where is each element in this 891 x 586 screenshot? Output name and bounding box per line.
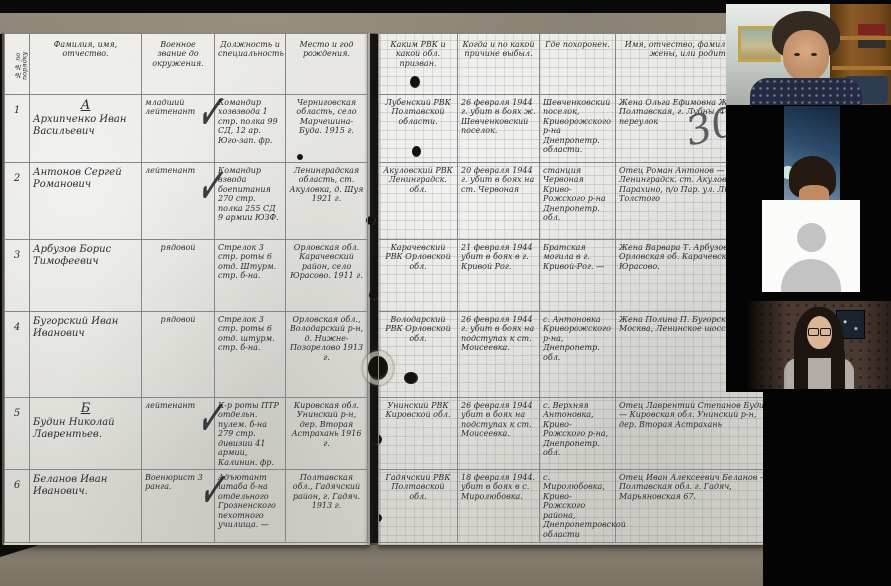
burial-cell: Братская могила в г. Кривой-Рог. — [540, 240, 616, 312]
name-cell: А Архипченко Иван Васильевич [30, 95, 142, 163]
fate-cell: 18 февраля 1944. убит в боях в с. Миролю… [458, 470, 540, 543]
row-num: 2 [4, 163, 30, 240]
rvk-cell: Володарский РВК Орловской обл. [378, 312, 458, 398]
participant-video-4[interactable] [748, 301, 891, 389]
burial-cell: с. Верхняя Антоновка, Криво-Рожского р-н… [540, 398, 616, 470]
soldier-name: Будин Николай Лаврентьев. [33, 417, 138, 441]
row-num: 4 [4, 312, 30, 398]
book-spine [858, 24, 886, 35]
participant-eye [811, 53, 817, 56]
fate-cell: 26 февраля 1944 г. убит в боях ж. Шевчен… [458, 95, 540, 163]
participants-panel-lower [763, 392, 891, 586]
position-cell: Стрелок 3 стр. роты 6 отд. Штурм. стр. б… [215, 240, 286, 312]
name-cell: Арбузов Борис Тимофеевич [30, 240, 142, 312]
burial-cell: с. Антоновка Криворожского р-на, Днепроп… [540, 312, 616, 398]
letter-header: Б [33, 401, 138, 416]
rank-cell: рядовой [142, 312, 215, 398]
rvk-cell: Лубенский РВК Полтавской области. [378, 95, 458, 163]
soldier-name: Бугорский Иван Иванович [33, 316, 138, 340]
fate-cell: 21 февраля 1944 убит в боях в г. Кривой … [458, 240, 540, 312]
fate-cell: 26 февраля 1944 г. убит в боях на подсту… [458, 312, 540, 398]
rvk-cell: Унинский РВК Кировской обл. [378, 398, 458, 470]
soldier-name: Арбузов Борис Тимофеевич [33, 244, 138, 268]
birth-cell: Орловская обл., Володарский р-н, д. Нижн… [286, 312, 368, 398]
col-header-birth: Место и год рождения. [286, 33, 368, 95]
family-cell: Отец Иван Алексеевич Беланов — Полтавска… [616, 470, 780, 543]
row-num: 1 [4, 95, 30, 163]
soldier-name: Беланов Иван Иванович. [33, 474, 138, 498]
participant-shirt [750, 78, 862, 105]
soldier-name: Архипченко Иван Васильевич [33, 114, 138, 138]
rvk-cell: Гадячский РВК Полтавской обл. [378, 470, 458, 543]
name-cell: Антонов Сергей Романович [30, 163, 142, 240]
row-num: 6 [4, 470, 30, 543]
participant-video-2[interactable] [784, 106, 840, 201]
burial-cell: с. Миролюбовка, Криво-Рожского района, Д… [540, 470, 616, 543]
rvk-cell: Акуловский РВК Ленинградск. обл. [378, 163, 458, 240]
letter-header: А [33, 98, 138, 113]
position-cell: Стрелок 3 стр. роты 6 отд. штурм. стр. б… [215, 312, 286, 398]
birth-cell: Ленинградская область, ст. Акуловка, д. … [286, 163, 368, 240]
burial-cell: станция Червоная Криво-Рожского р-на Дне… [540, 163, 616, 240]
rank-cell: рядовой [142, 240, 215, 312]
name-cell: Б Будин Николай Лаврентьев. [30, 398, 142, 470]
birth-cell: Кировская обл. Унинский р-н, дер. Вторая… [286, 398, 368, 470]
participant-video-1[interactable] [726, 4, 891, 105]
col-header-name: Фамилия, имя, отчество. [30, 33, 142, 95]
avatar-silhouette-shoulders [781, 259, 841, 292]
book-spine [858, 40, 886, 48]
participant-avatar-placeholder[interactable] [762, 200, 860, 292]
table-surface-bottom [0, 543, 891, 586]
birth-cell: Черниговская область, село Марчешина-Буд… [286, 95, 368, 163]
burial-cell: Шевченковский поселок, Криворожского р-н… [540, 95, 616, 163]
birth-cell: Полтавская обл., Гадячский район, г. Гад… [286, 470, 368, 543]
name-cell: Бугорский Иван Иванович [30, 312, 142, 398]
family-cell: Отец Лаврентий Степанов Будин — Кировска… [616, 398, 780, 470]
fate-cell: 20 февраля 1944 г. убит в боях на ст. Че… [458, 163, 540, 240]
video-vignette [748, 301, 891, 389]
col-header-burial: Где похоронен. [540, 33, 616, 95]
participant-forehead [799, 185, 829, 201]
row-num: 5 [4, 398, 30, 470]
fate-cell: 26 февраля 1944 убит в боях на подступах… [458, 398, 540, 470]
soldier-name: Антонов Сергей Романович [33, 167, 138, 191]
col-header-fate: Когда и по какой причине выбыл. [458, 33, 540, 95]
row-num: 3 [4, 240, 30, 312]
birth-cell: Орловская обл. Карачевский район, село Ю… [286, 240, 368, 312]
col-header-num: №№ по порядку [4, 33, 30, 95]
name-cell: Беланов Иван Иванович. [30, 470, 142, 543]
rvk-cell: Карачевский РВК Орловской обл. [378, 240, 458, 312]
participant-eye [794, 53, 800, 56]
col-header-rvk: Каким РВК и какой обл. призван. [378, 33, 458, 95]
video-call-window: №№ по порядку Фамилия, имя, отчество. Во… [0, 0, 891, 586]
shelf-board [832, 66, 891, 70]
avatar-silhouette-head [797, 223, 826, 252]
